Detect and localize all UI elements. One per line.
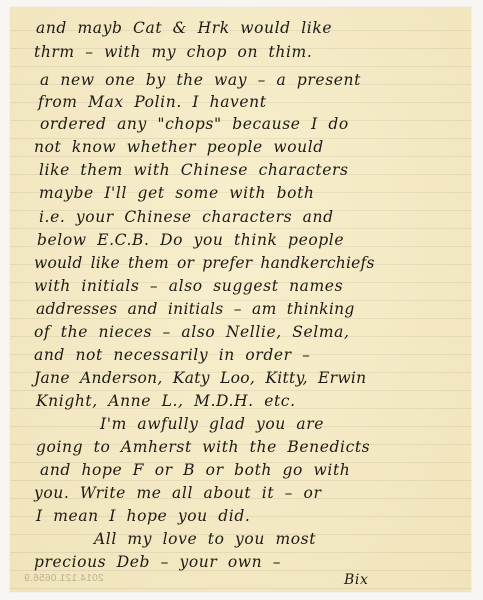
- letter-line-6: not know whether people would: [34, 138, 324, 156]
- letter-line-5: ordered any "chops" because I do: [40, 115, 349, 133]
- letter-line-1: and mayb Cat & Hrk would like: [36, 19, 332, 37]
- letter-line-2: thrm – with my chop on thim.: [34, 43, 312, 61]
- letter-line-11: would like them or prefer handkerchiefs: [34, 254, 375, 272]
- letter-line-17: Knight, Anne L., M.D.H. etc.: [36, 392, 296, 410]
- letter-line-10: below E.C.B. Do you think people: [37, 231, 344, 249]
- letter-line-13: addresses and initials – am thinking: [36, 300, 355, 318]
- letter-line-16: Jane Anderson, Katy Loo, Kitty, Erwin: [34, 369, 366, 387]
- letter-line-4: from Max Polin. I havent: [38, 93, 267, 111]
- letter-line-18: I'm awfully glad you are: [100, 415, 324, 433]
- letter-line-9: i.e. your Chinese characters and: [39, 208, 334, 226]
- letter-line-23: All my love to you most: [94, 530, 316, 548]
- letter-line-3: a new one by the way – a present: [40, 71, 361, 89]
- letter-line-12: with initials – also suggest names: [34, 277, 343, 295]
- letter-line-19: going to Amherst with the Benedicts: [36, 438, 370, 456]
- signature: Bix: [344, 572, 368, 588]
- letter-page: and mayb Cat & Hrk would like thrm – wit…: [10, 7, 471, 592]
- accession-number-stamp: 2014.121.0656.9: [24, 573, 104, 584]
- letter-line-21: you. Write me all about it – or: [34, 484, 322, 502]
- letter-line-20: and hope F or B or both go with: [40, 461, 350, 479]
- letter-line-8: maybe I'll get some with both: [39, 184, 315, 202]
- letter-line-24: precious Deb – your own –: [34, 553, 281, 571]
- letter-line-22: I mean I hope you did.: [36, 507, 250, 525]
- letter-line-15: and not necessarily in order –: [34, 346, 311, 364]
- letter-line-7: like them with Chinese characters: [39, 161, 349, 179]
- letter-line-14: of the nieces – also Nellie, Selma,: [34, 323, 350, 341]
